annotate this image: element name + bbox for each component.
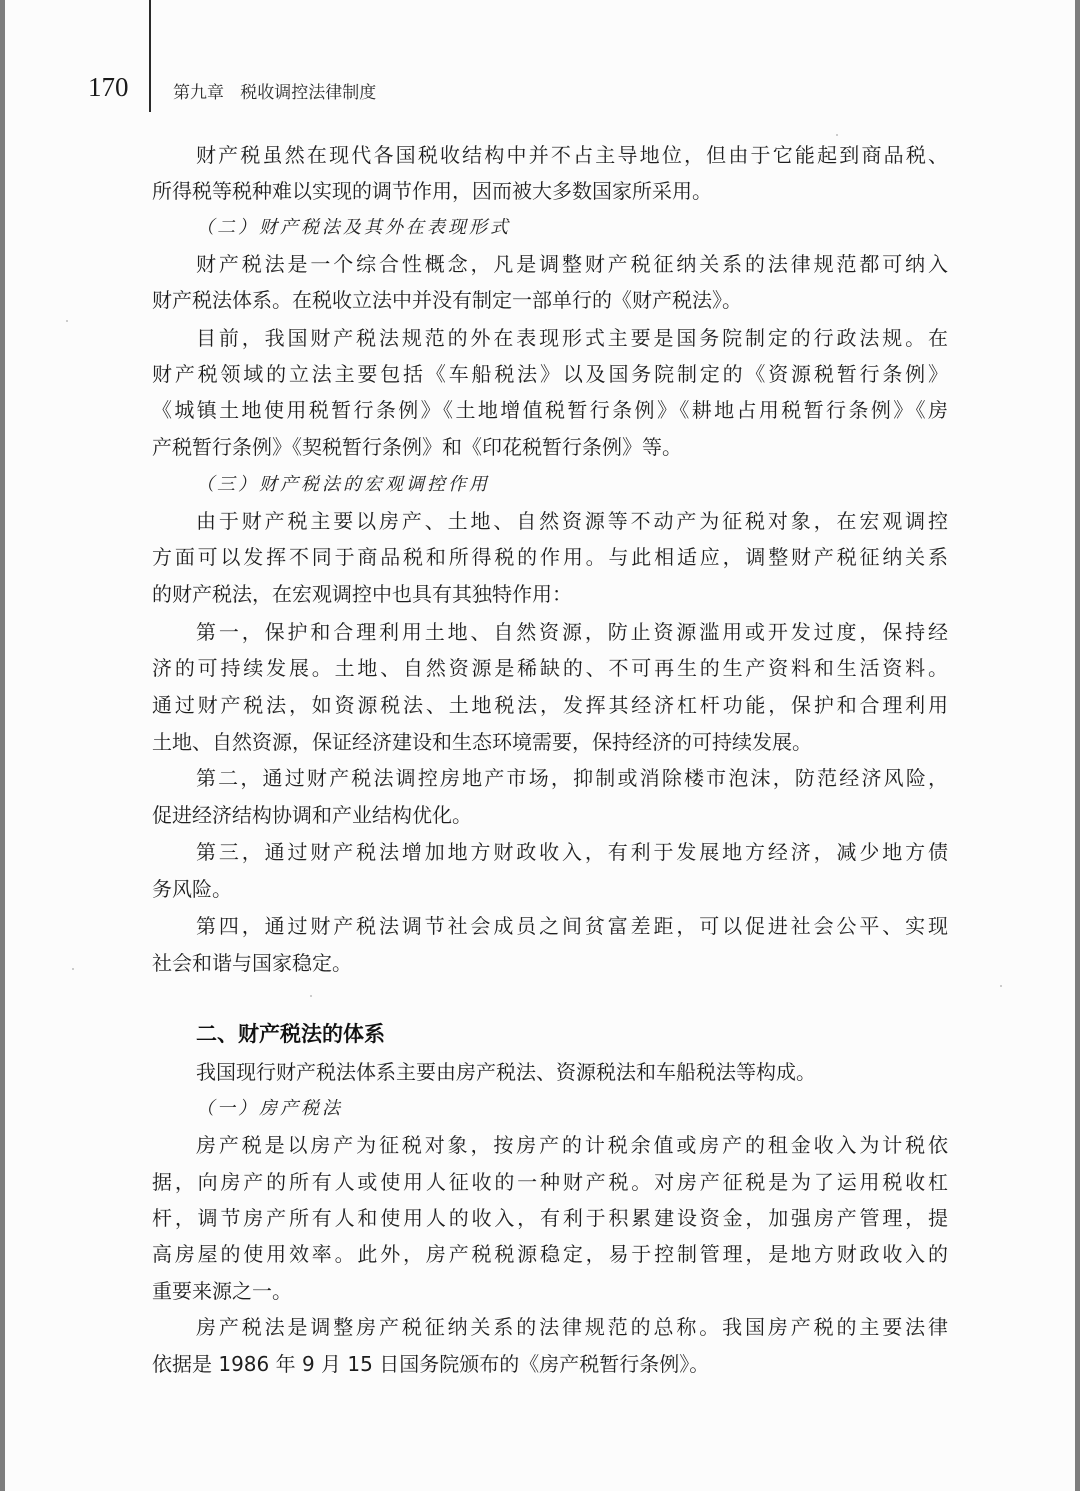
- paragraph-line: 财产税虽然在现代各国税收结构中并不占主导地位，但由于它能起到商品税、: [196, 140, 948, 170]
- paragraph-line: 的财产税法，在宏观调控中也具有其独特作用：: [152, 579, 948, 609]
- paragraph-line: 产税暂行条例》《契税暂行条例》和《印花税暂行条例》等。: [152, 432, 948, 462]
- scan-edge-right: [1075, 0, 1080, 1491]
- paragraph-line: 目前，我国财产税法规范的外在表现形式主要是国务院制定的行政法规。在: [196, 323, 948, 353]
- paragraph-line: 重要来源之一。: [152, 1276, 948, 1306]
- paragraph-line: 促进经济结构协调和产业结构优化。: [152, 800, 948, 830]
- paragraph-line: 房产税是以房产为征税对象，按房产的计税余值或房产的租金收入为计税依: [196, 1130, 948, 1160]
- paragraph-line: 所得税等税种难以实现的调节作用，因而被大多数国家所采用。: [152, 176, 948, 206]
- scan-speck: [1000, 985, 1002, 987]
- paragraph-line: 依据是 1986 年 9 月 15 日国务院颁布的《房产税暂行条例》。: [152, 1349, 948, 1379]
- paragraph-line: 房产税法是调整房产税征纳关系的法律规范的总称。我国房产税的主要法律: [196, 1312, 948, 1342]
- paragraph-line: 社会和谐与国家稳定。: [152, 948, 948, 978]
- scan-speck: [66, 320, 68, 322]
- paragraph-line: 土地、自然资源，保证经济建设和生态环境需要，保持经济的可持续发展。: [152, 727, 948, 757]
- subsection-heading: （一）房产税法: [196, 1094, 343, 1124]
- paragraph-line: 杆，调节房产所有人和使用人的收入，有利于积累建设资金，加强房产管理，提: [152, 1203, 948, 1233]
- paragraph-line: 通过财产税法，如资源税法、土地税法，发挥其经济杠杆功能，保护和合理利用: [152, 690, 948, 720]
- paragraph-line: 我国现行财产税法体系主要由房产税法、资源税法和车船税法等构成。: [196, 1057, 948, 1087]
- scan-speck: [836, 134, 838, 136]
- paragraph-line: 第一，保护和合理利用土地、自然资源，防止资源滥用或开发过度，保持经: [196, 617, 948, 647]
- paragraph-line: 济的可持续发展。土地、自然资源是稀缺的、不可再生的生产资料和生活资料。: [152, 653, 948, 683]
- paragraph-line: 方面可以发挥不同于商品税和所得税的作用。与此相适应，调整财产税征纳关系: [152, 542, 948, 572]
- paragraph-line: 务风险。: [152, 874, 948, 904]
- page-number: 170: [88, 72, 129, 103]
- paragraph-line: 《城镇土地使用税暂行条例》《土地增值税暂行条例》《耕地占用税暂行条例》《房: [152, 395, 948, 425]
- subsection-heading: （三）财产税法的宏观调控作用: [196, 470, 490, 500]
- chapter-title: 第九章 税收调控法律制度: [173, 78, 376, 103]
- paragraph-line: 财产税领域的立法主要包括《车船税法》以及国务院制定的《资源税暂行条例》: [152, 359, 948, 389]
- paragraph-line: 由于财产税主要以房产、土地、自然资源等不动产为征税对象，在宏观调控: [196, 506, 948, 536]
- paragraph-line: 第四，通过财产税法调节社会成员之间贫富差距，可以促进社会公平、实现: [196, 911, 948, 941]
- header-divider: [149, 0, 151, 112]
- paragraph-line: 第三，通过财产税法增加地方财政收入，有利于发展地方经济，减少地方债: [196, 837, 948, 867]
- subsection-heading: （二）财产税法及其外在表现形式: [196, 213, 511, 243]
- paragraph-line: 财产税法体系。在税收立法中并没有制定一部单行的《财产税法》。: [152, 285, 948, 315]
- paragraph-line: 据，向房产的所有人或使用人征收的一种财产税。对房产征税是为了运用税收杠: [152, 1167, 948, 1197]
- scan-edge-left: [0, 0, 5, 1491]
- scan-speck: [72, 968, 74, 970]
- scan-speck: [310, 995, 312, 997]
- paragraph-line: 财产税法是一个综合性概念，凡是调整财产税征纳关系的法律规范都可纳入: [196, 249, 948, 279]
- paragraph-line: 第二，通过财产税法调控房地产市场，抑制或消除楼市泡沫，防范经济风险，: [196, 763, 948, 793]
- section-heading: 二、财产税法的体系: [196, 1019, 385, 1049]
- paragraph-line: 高房屋的使用效率。此外，房产税税源稳定，易于控制管理，是地方财政收入的: [152, 1239, 948, 1269]
